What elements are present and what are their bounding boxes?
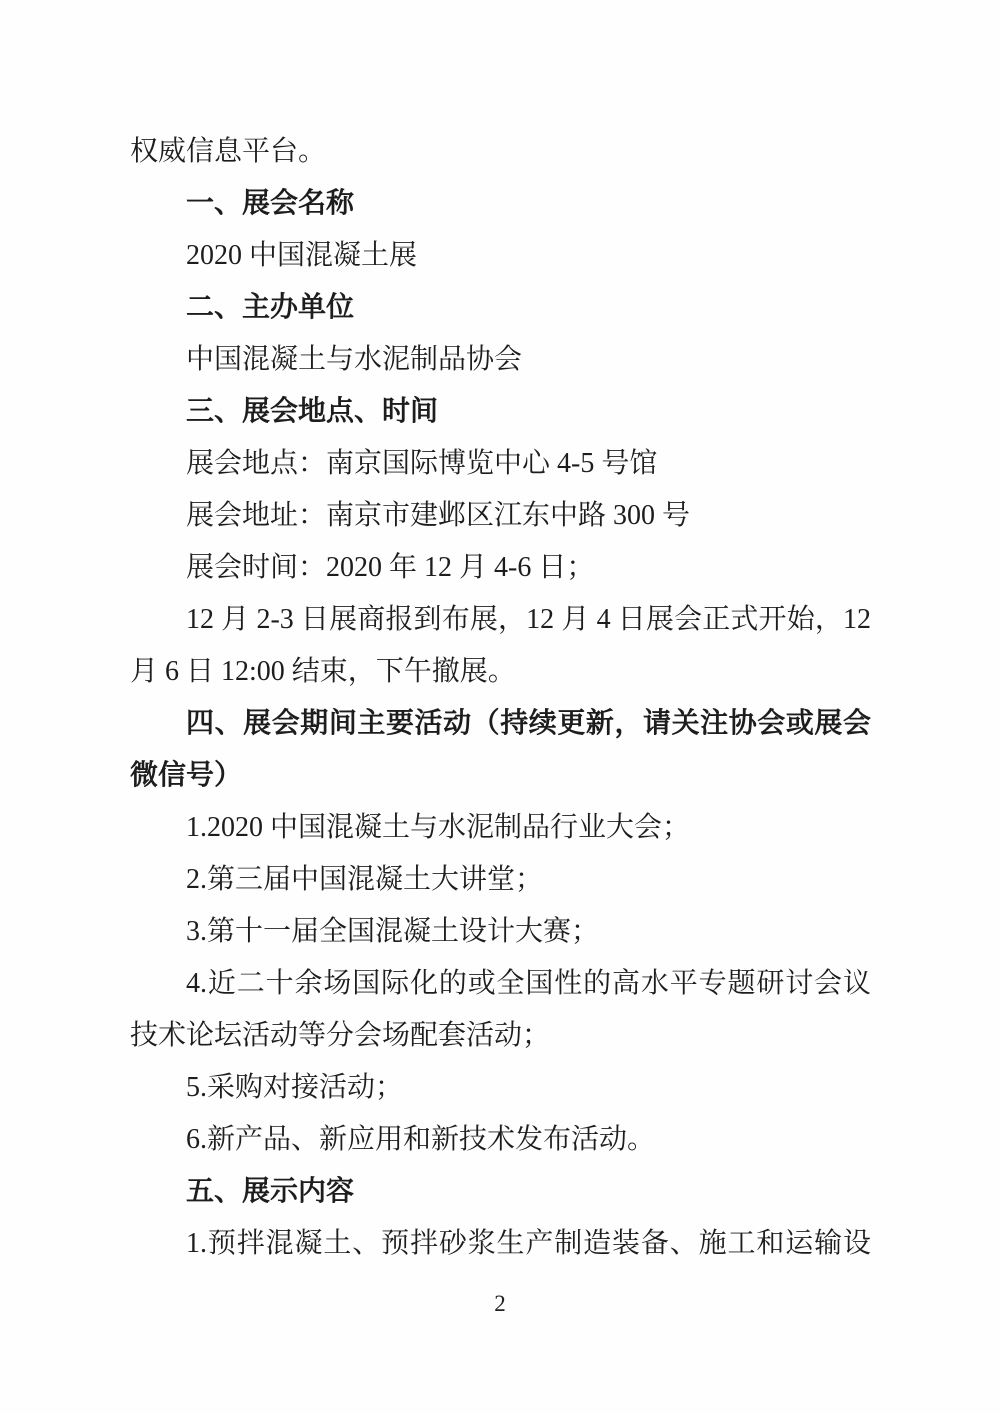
text-line: 4.近二十余场国际化的或全国性的高水平专题研讨会议和 <box>130 958 871 1010</box>
text-line: 一、展会名称 <box>130 178 871 230</box>
text-line: 四、展会期间主要活动（持续更新，请关注协会或展会官方 <box>130 698 871 750</box>
text-line: 月 6 日 12:00 结束，下午撤展。 <box>130 646 871 698</box>
text-line: 1.2020 中国混凝土与水泥制品行业大会； <box>130 802 871 854</box>
document-page: 权威信息平台。一、展会名称2020 中国混凝土展二、主办单位中国混凝土与水泥制品… <box>0 0 1000 1414</box>
text-line: 技术论坛活动等分会场配套活动； <box>130 1010 871 1062</box>
text-line: 展会地址：南京市建邺区江东中路 300 号 <box>130 490 871 542</box>
text-line: 2.第三届中国混凝土大讲堂； <box>130 854 871 906</box>
text-line: 1.预拌混凝土、预拌砂浆生产制造装备、施工和运输设备； <box>130 1218 871 1270</box>
text-line: 中国混凝土与水泥制品协会 <box>130 334 871 386</box>
text-line: 五、展示内容 <box>130 1166 871 1218</box>
text-line: 3.第十一届全国混凝土设计大赛； <box>130 906 871 958</box>
page-number: 2 <box>0 1290 1000 1318</box>
text-line: 二、主办单位 <box>130 282 871 334</box>
text-line: 展会时间：2020 年 12 月 4-6 日； <box>130 542 871 594</box>
text-line: 12 月 2-3 日展商报到布展，12 月 4 日展会正式开始，12 <box>130 594 871 646</box>
text-line: 5.采购对接活动； <box>130 1062 871 1114</box>
text-line: 展会地点：南京国际博览中心 4-5 号馆 <box>130 438 871 490</box>
text-line: 6.新产品、新应用和新技术发布活动。 <box>130 1114 871 1166</box>
text-line: 2020 中国混凝土展 <box>130 230 871 282</box>
text-line: 微信号） <box>130 750 871 802</box>
text-line: 三、展会地点、时间 <box>130 386 871 438</box>
document-body: 权威信息平台。一、展会名称2020 中国混凝土展二、主办单位中国混凝土与水泥制品… <box>130 126 871 1270</box>
text-line: 权威信息平台。 <box>130 126 871 178</box>
